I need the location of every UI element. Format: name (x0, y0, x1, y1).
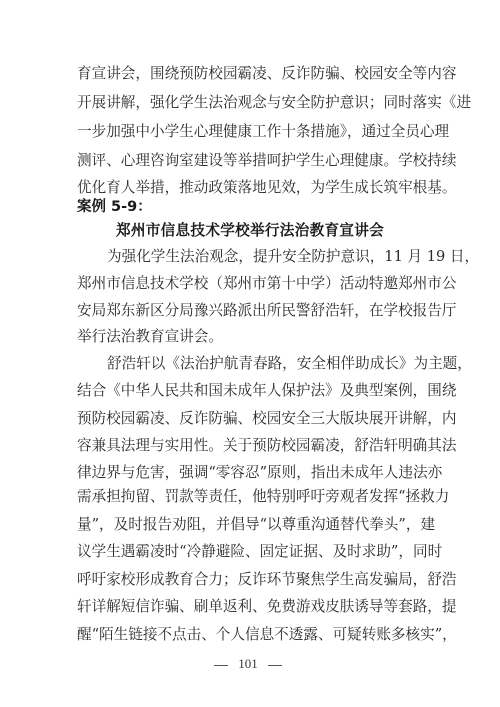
text-line: 量”，及时报告劝阻，并倡导“以尊重沟通替代拳头”，建 (77, 515, 425, 535)
text-line: 呼吁家校形成教育合力；反诈环节聚焦学生高发骗局，舒浩 (77, 570, 425, 590)
dash-right (268, 665, 282, 666)
text-line: 安局郑东新区分局豫兴路派出所民警舒浩轩，在学校报告厅 (77, 301, 425, 321)
text-line: 醒“陌生链接不点击、个人信息不透露、可疑转账多核实”， (77, 625, 425, 645)
text-line: 轩详解短信诈骗、刷单返利、免费游戏皮肤诱导等套路，提 (77, 597, 425, 617)
text-line: 优化育人举措，推动政策落地见效，为学生成长筑牢根基。 (77, 178, 425, 198)
text-line: 议学生遇霸凌时“冷静避险、固定证据、及时求助”，同时 (77, 542, 425, 562)
dash-left (214, 665, 228, 666)
text-line: 开展讲解，强化学生法治观念与安全防护意识；同时落实《进 (77, 93, 425, 113)
case-label: 案例 5-9： (77, 197, 152, 217)
page-number: 101 (0, 654, 496, 674)
document-page: 育宣讲会，围绕预防校园霸凌、反诈防骗、校园安全等内容 开展讲解，强化学生法治观念… (0, 0, 500, 707)
text-line: 预防校园霸凌、反诈防骗、校园安全三大版块展开讲解，内 (77, 409, 425, 429)
case-title: 郑州市信息技术学校举行法治教育宣讲会 (0, 221, 500, 241)
text-line: 律边界与危害，强调“零容忍”原则，指出未成年人违法亦 (77, 463, 425, 483)
text-line: 需承担拘留、罚款等责任，他特别呼吁旁观者发挥“拯救力 (77, 487, 425, 507)
text-line: 结合《中华人民共和国未成年人保护法》及典型案例，围绕 (77, 381, 425, 401)
page-number-value: 101 (238, 656, 258, 671)
text-line: 郑州市信息技术学校（郑州市第十中学）活动特邀郑州市公 (77, 274, 425, 294)
text-line: 育宣讲会，围绕预防校园霸凌、反诈防骗、校园安全等内容 (77, 64, 425, 84)
text-line: 舒浩轩以《法治护航青春路，安全相伴助成长》为主题， (107, 354, 425, 374)
text-line: 测评、心理咨询室建设等举措呵护学生心理健康。学校持续 (77, 151, 425, 171)
text-line: 容兼具法理与实用性。关于预防校园霸凌，舒浩轩明确其法 (77, 436, 425, 456)
text-line: 举行法治教育宣讲会。 (77, 327, 425, 347)
text-line: 为强化学生法治观念，提升安全防护意识，11 月 19 日， (107, 247, 425, 267)
text-line: 一步加强中小学生心理健康工作十条措施》，通过全员心理 (77, 122, 425, 142)
